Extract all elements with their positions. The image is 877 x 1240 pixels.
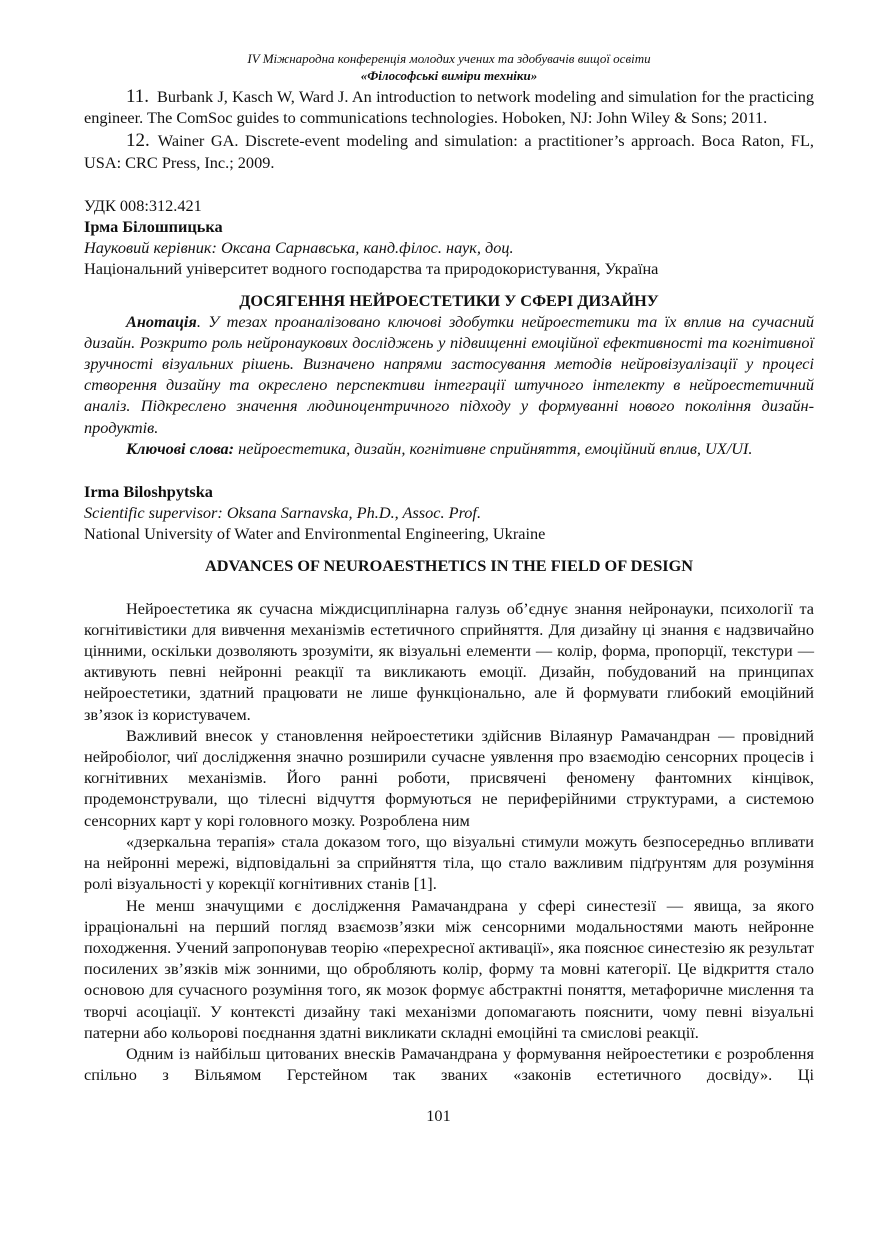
udc-code: УДК 008:312.421 (84, 195, 814, 216)
author-name-en: Irma Biloshpytska (84, 481, 814, 502)
article-title-ua: ДОСЯГЕННЯ НЕЙРОЕСТЕТИКИ У СФЕРІ ДИЗАЙНУ (84, 290, 814, 311)
abstract-ua: Анотація. У тезах проаналізовано ключові… (84, 311, 814, 438)
page-content: IV Міжнародна конференція молодих учених… (84, 50, 814, 1085)
article-title-en: ADVANCES OF NEUROAESTHETICS IN THE FIELD… (84, 555, 814, 576)
supervisor-ua: Науковий керівник: Оксана Сарнавська, ка… (84, 237, 814, 258)
supervisor-en: Scientific supervisor: Oksana Sarnavska,… (84, 502, 814, 523)
running-header-title: «Філософські виміри техніки» (84, 67, 814, 84)
running-header-conference: IV Міжнародна конференція молодих учених… (84, 50, 814, 67)
body-paragraph: Одним із найбільш цитованих внесків Рама… (84, 1043, 814, 1085)
abstract-label: Анотація (126, 312, 197, 331)
affiliation-en: National University of Water and Environ… (84, 523, 814, 544)
author-name-ua: Ірма Білошпицька (84, 216, 814, 237)
body-paragraph: Важливий внесок у становлення нейроестет… (84, 725, 814, 831)
body-paragraph: Не менш значущими є дослідження Рамачанд… (84, 895, 814, 1043)
body-paragraph: «дзеркальна терапія» стала доказом того,… (84, 831, 814, 895)
keywords-label: Ключові слова: (126, 439, 234, 458)
reference-list: 11.Burbank J, Kasch W, Ward J. An introd… (84, 86, 814, 173)
reference-item: 12.Wainer GA. Discrete-event modeling an… (84, 130, 814, 172)
keywords-ua: Ключові слова: нейроестетика, дизайн, ко… (84, 438, 814, 459)
body-paragraph: Нейроестетика як сучасна міждисциплінарн… (84, 598, 814, 725)
reference-item: 11.Burbank J, Kasch W, Ward J. An introd… (84, 86, 814, 128)
page-number: 101 (0, 1106, 877, 1126)
affiliation-ua: Національний університет водного господа… (84, 258, 814, 279)
